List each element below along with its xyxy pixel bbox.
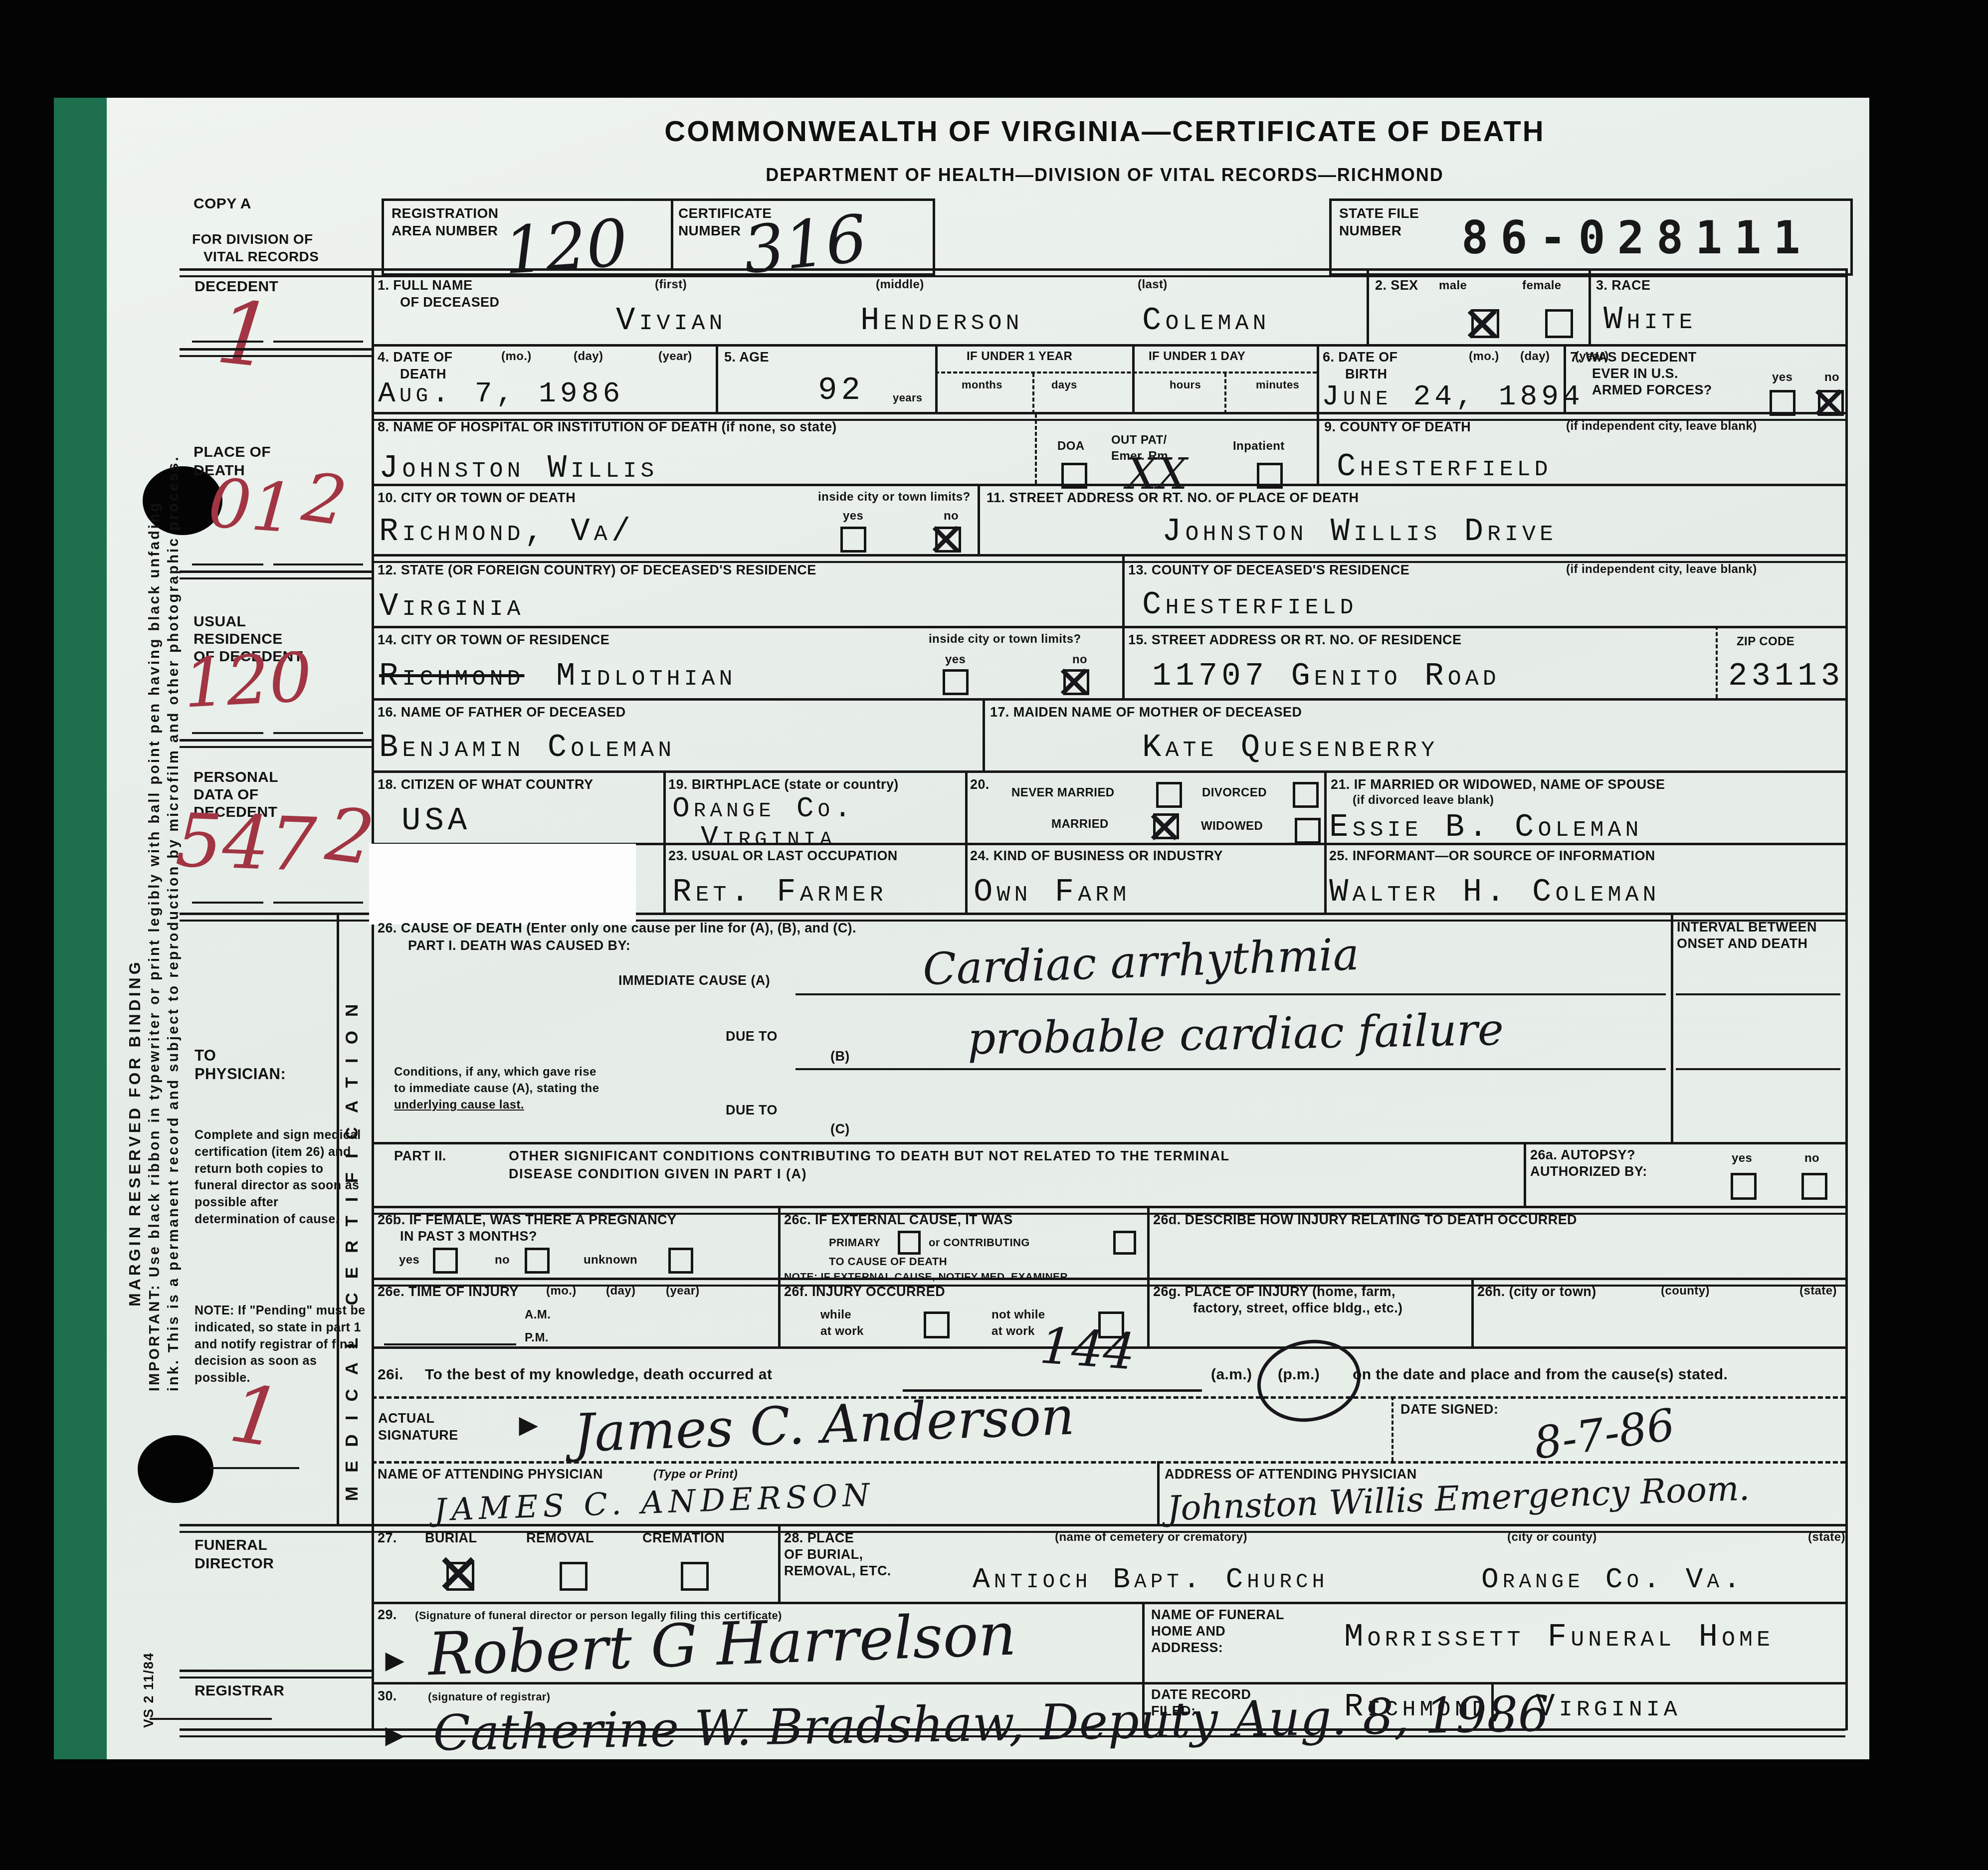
limits-residence-yes-checkbox (943, 669, 969, 695)
field14-limits-label: inside city or town limits? (929, 632, 1081, 647)
page-title: COMMONWEALTH OF VIRGINIA—CERTIFICATE OF … (603, 115, 1606, 148)
injury-day-hint: (day) (606, 1284, 635, 1299)
sidebar-rule (192, 341, 263, 343)
field24-label: 24. KIND OF BUSINESS OR INDUSTRY (970, 848, 1223, 865)
limits-death-no-x-mark: ✕ (927, 518, 965, 563)
spouse-value: Essie B. Coleman (1329, 812, 1642, 844)
decedent-middle-name: Henderson (860, 305, 1023, 337)
field6-label-1: 6. DATE OF (1323, 349, 1398, 366)
married-label: MARRIED (1051, 817, 1109, 832)
sidebar-divider (180, 570, 372, 579)
sidebar-rule (192, 732, 263, 734)
sidebar-rule (150, 1718, 272, 1720)
field7-label-3: ARMED FORCES? (1592, 382, 1712, 399)
street-of-death-value: Johnston Willis Drive (1162, 516, 1557, 548)
cemetery-hint: (name of cemetery or crematory) (1055, 1530, 1247, 1545)
field14-label: 14. CITY OR TOWN OF RESIDENCE (378, 632, 609, 649)
field8-doa-label: DOA (1057, 439, 1085, 454)
field8-label: 8. NAME OF HOSPITAL OR INSTITUTION OF DE… (378, 419, 837, 436)
business-value: Own Farm (974, 877, 1130, 909)
date-signed-label: DATE SIGNED: (1400, 1401, 1498, 1418)
field5-under1year-label: IF UNDER 1 YEAR (967, 349, 1072, 364)
hospital-value: Johnston Willis (379, 453, 658, 485)
external-cause-note: NOTE: IF EXTERNAL CAUSE, NOTIFY MED. EXA… (784, 1271, 1068, 1284)
while-at-work-label-2: at work (820, 1324, 864, 1339)
funeral-home-name-value: Morrissett Funeral Home (1344, 1622, 1774, 1654)
part2-text-1: OTHER SIGNIFICANT CONDITIONS CONTRIBUTIN… (509, 1148, 1229, 1165)
grid-line (1122, 554, 1125, 698)
grid-line (1589, 268, 1591, 344)
limits-residence-no-x-mark: ✕ (1055, 660, 1093, 706)
field10-limits-label: inside city or town limits? (818, 490, 971, 505)
field19-label: 19. BIRTHPLACE (state or country) (668, 776, 899, 793)
grid-line (372, 626, 1845, 628)
field25-label: 25. INFORMANT—OR SOURCE OF INFORMATION (1329, 848, 1655, 865)
conditions-note-1: Conditions, if any, which gave rise (394, 1065, 596, 1080)
field11-label: 11. STREET ADDRESS OR RT. NO. OF PLACE O… (987, 490, 1359, 507)
funeral-home-label-1: NAME OF FUNERAL (1151, 1607, 1284, 1624)
registration-area-label-1: REGISTRATION (392, 204, 498, 222)
pregnancy-yes-checkbox (433, 1248, 458, 1274)
punch-hole-icon (138, 1435, 213, 1503)
sidebar-funeral-label-2: DIRECTOR (195, 1554, 274, 1573)
arrow-icon: ► (379, 1716, 410, 1753)
grid-line (1317, 344, 1319, 484)
field7-label-2: EVER IN U.S. (1592, 366, 1678, 382)
field1-middle-hint: (middle) (876, 277, 924, 292)
field26i-text-2: on the date and place and from the cause… (1353, 1365, 1728, 1384)
grid-line (778, 1206, 781, 1346)
city-residence-value: Midlothian (556, 661, 736, 693)
sidebar-personal-label-1: PERSONAL (194, 768, 278, 787)
sidebar-to-physician-label-2: PHYSICIAN: (195, 1065, 286, 1084)
burial-county-value: Orange Co. Va. (1481, 1566, 1745, 1595)
field28-label-1: 28. PLACE (784, 1530, 854, 1547)
field7-yes-label: yes (1772, 370, 1792, 385)
city-residence-struck-value: Richmond (379, 661, 524, 693)
burial-x-mark: ✕ (435, 1547, 482, 1603)
never-married-label: NEVER MARRIED (1011, 785, 1115, 800)
field13-hint: (if independent city, leave blank) (1566, 562, 1757, 577)
actual-signature-label-2: SIGNATURE (378, 1427, 458, 1444)
margin-binding-note: MARGIN RESERVED FOR BINDING (125, 959, 145, 1307)
grid-line (983, 698, 985, 770)
sidebar-rule (273, 563, 363, 565)
death-time-value: 144 (1038, 1320, 1137, 1377)
for-division-label-1: FOR DIVISION OF (192, 230, 313, 248)
grid-line (1224, 373, 1226, 414)
birthplace-value-1: Orange Co. (672, 795, 855, 824)
registration-divider (671, 198, 673, 271)
field16-label: 16. NAME OF FATHER OF DECEASED (378, 704, 626, 721)
binding-strip (54, 98, 107, 1759)
field21-label-1: 21. IF MARRIED OR WIDOWED, NAME OF SPOUS… (1331, 776, 1665, 793)
field30-number: 30. (378, 1688, 397, 1705)
sidebar-divider (180, 348, 372, 357)
field10-yes-label: yes (843, 509, 863, 524)
field7-label-1: 7. WAS DECEDENT (1570, 349, 1697, 366)
armed-forces-yes-checkbox (1770, 390, 1795, 416)
field23-label: 23. USUAL OR LAST OCCUPATION (668, 848, 898, 865)
due-to-b-label: DUE TO (726, 1028, 778, 1045)
conditions-note-2: to immediate cause (A), stating the (394, 1081, 599, 1096)
field2-label: 2. SEX (1375, 277, 1418, 294)
field13-label: 13. COUNTY OF DECEASED'S RESIDENCE (1128, 562, 1409, 579)
grid-line (965, 770, 968, 915)
field1-last-hint: (last) (1138, 277, 1168, 292)
field6-mo-hint: (mo.) (1469, 349, 1499, 364)
b-label: (B) (830, 1048, 850, 1065)
field5-months-label: months (962, 378, 1002, 392)
grid-line (372, 344, 1845, 347)
state-file-label-2: NUMBER (1339, 222, 1401, 239)
certificate-number-label-2: NUMBER (678, 222, 741, 239)
field29-number: 29. (378, 1607, 397, 1624)
autopsy-yes-label: yes (1732, 1151, 1752, 1166)
not-while-at-work-label-2: at work (992, 1324, 1035, 1339)
field5-minutes-label: minutes (1256, 378, 1299, 392)
field4-label-1: 4. DATE OF (378, 349, 453, 366)
c-label: (C) (830, 1121, 850, 1138)
field5-under1day-label: IF UNDER 1 DAY (1149, 349, 1245, 364)
red-code-place-2: 2 (299, 469, 350, 532)
pm-label: P.M. (525, 1330, 549, 1345)
divorced-checkbox (1293, 782, 1319, 808)
immediate-cause-label: IMMEDIATE CAUSE (A) (618, 972, 770, 989)
date-of-birth-value: June 24, 1894 (1322, 383, 1584, 412)
margin-important-note-1: IMPORTANT: Use black ribbon in typewrite… (146, 501, 164, 1391)
actual-signature-label-1: ACTUAL (378, 1410, 434, 1427)
field6-label-2: BIRTH (1345, 366, 1388, 383)
limits-death-yes-checkbox (840, 527, 866, 553)
occupation-value: Ret. Farmer (672, 877, 887, 909)
grid-line (1471, 1278, 1474, 1346)
grid-line (1132, 344, 1135, 414)
arrow-icon: ► (513, 1406, 544, 1443)
field5-label: 5. AGE (724, 349, 769, 366)
field5-hours-label: hours (1170, 378, 1201, 392)
sidebar-rule (273, 902, 363, 904)
margin-important-note-2: ink. This is a permanent record and subj… (165, 455, 183, 1391)
grid-line (1324, 770, 1327, 915)
red-code-residence: 120 (182, 649, 313, 713)
sidebar-rule (192, 902, 263, 904)
inpatient-checkbox (1257, 463, 1283, 489)
male-x-mark: ✕ (1461, 300, 1503, 350)
grid-line (1157, 1461, 1160, 1524)
sidebar-rule (273, 732, 363, 734)
field28-label-3: REMOVAL, ETC. (784, 1563, 891, 1580)
field4-year-hint: (year) (658, 349, 692, 364)
attending-physician-address-label: ADDRESS OF ATTENDING PHYSICIAN (1165, 1466, 1417, 1483)
field21-label-2: (if divorced leave blank) (1353, 793, 1494, 808)
divorced-label: DIVORCED (1202, 785, 1267, 800)
race-value: White (1603, 304, 1696, 336)
street-residence-value: 11707 Genito Road (1152, 661, 1500, 693)
county-residence-value: Chesterfield (1142, 589, 1357, 621)
interval-a-line (1676, 993, 1840, 995)
field27-number: 27. (378, 1530, 397, 1547)
grid-line (716, 344, 718, 414)
autopsy-no-label: no (1804, 1151, 1819, 1166)
removal-label: REMOVAL (526, 1530, 594, 1547)
grid-line (180, 268, 1845, 277)
field26h-state-hint: (state) (1799, 1284, 1837, 1299)
while-at-work-label-1: while (820, 1308, 851, 1322)
conditions-note-3: underlying cause last. (394, 1098, 524, 1113)
grid-line (1716, 626, 1718, 698)
zip-value: 23113 (1728, 661, 1844, 693)
field1-label-2: OF DECEASED (400, 294, 499, 311)
grid-line (663, 770, 666, 915)
cremation-label: CREMATION (642, 1530, 725, 1547)
sidebar-registrar-label: REGISTRAR (195, 1682, 284, 1700)
attending-physician-name-label: NAME OF ATTENDING PHYSICIAN (378, 1466, 603, 1483)
grid-line (372, 698, 1845, 701)
field5-years-label: years (893, 391, 923, 405)
father-name-value: Benjamin Coleman (379, 732, 675, 764)
primary-label: PRIMARY (829, 1236, 880, 1250)
for-division-label-2: VITAL RECORDS (203, 248, 319, 265)
informant-value: Walter H. Coleman (1329, 877, 1660, 909)
pregnancy-no-label: no (495, 1253, 510, 1268)
field26a-label-1: 26a. AUTOPSY? (1530, 1147, 1635, 1164)
field26h-county-hint: (county) (1661, 1284, 1710, 1299)
decedent-last-name: Coleman (1142, 305, 1270, 337)
married-x-mark: ✕ (1145, 805, 1184, 851)
autopsy-yes-checkbox (1731, 1173, 1757, 1200)
cause-b-line (795, 1068, 1666, 1070)
not-while-at-work-label-1: not while (992, 1308, 1045, 1322)
pregnancy-yes-label: yes (399, 1253, 419, 1268)
funeral-home-label-3: ADDRESS: (1151, 1640, 1223, 1657)
grid-line (1035, 414, 1037, 484)
grid-line (1367, 268, 1369, 344)
red-code-place-1: 01 (206, 475, 296, 538)
grid-line (372, 1142, 1845, 1144)
field26-part1-label: PART I. DEATH WAS CAUSED BY: (408, 937, 630, 954)
grid-line (935, 372, 1317, 374)
registration-area-label-2: AREA NUMBER (392, 222, 498, 239)
sidebar-rule (273, 341, 363, 343)
field18-label: 18. CITIZEN OF WHAT COUNTRY (378, 776, 593, 793)
armed-forces-no-x-mark: ✕ (1809, 381, 1848, 427)
funeral-home-label-2: HOME AND (1151, 1623, 1225, 1640)
field26h-label-1: 26h. (city or town) (1477, 1284, 1596, 1301)
injury-mo-hint: (mo.) (546, 1284, 577, 1299)
grid-line (978, 484, 980, 556)
state-residence-value: Virginia (379, 591, 524, 623)
sidebar-divider (180, 1670, 372, 1679)
field26c-label: 26c. IF EXTERNAL CAUSE, IT WAS (784, 1212, 1013, 1229)
field9-label: 9. COUNTY OF DEATH (1324, 419, 1471, 436)
autopsy-no-checkbox (1801, 1173, 1827, 1200)
field26f-label: 26f. INJURY OCCURRED (784, 1284, 945, 1301)
sidebar-to-physician-label-1: TO (195, 1046, 216, 1066)
redaction-box (369, 844, 636, 925)
sidebar-rule (192, 563, 263, 565)
grid-line (1032, 373, 1034, 414)
removal-checkbox (560, 1562, 588, 1591)
widowed-label: WIDOWED (1201, 819, 1263, 834)
field15-label: 15. STREET ADDRESS OR RT. NO. OF RESIDEN… (1128, 632, 1461, 649)
field8-outpat-label-1: OUT PAT/ (1111, 433, 1167, 448)
part2-label: PART II. (394, 1148, 446, 1165)
interval-b-line (1676, 1068, 1840, 1070)
grid-line (372, 1278, 1845, 1287)
field10-label: 10. CITY OR TOWN OF DEATH (378, 490, 576, 507)
date-record-filed-label-1: DATE RECORD (1151, 1686, 1251, 1703)
field1-first-hint: (first) (655, 277, 687, 292)
field28-label-2: OF BURIAL, (784, 1546, 863, 1563)
death-certificate-scan: MARGIN RESERVED FOR BINDING IMPORTANT: U… (0, 0, 1988, 1870)
grid-line (372, 770, 1845, 773)
state-file-label-1: STATE FILE (1339, 204, 1419, 222)
field4-day-hint: (day) (574, 349, 603, 364)
grid-line (372, 268, 374, 1730)
registrar-hint: (signature of registrar) (428, 1690, 551, 1704)
state-file-number-stamp: 86-028111 (1461, 212, 1812, 264)
field17-label: 17. MAIDEN NAME OF MOTHER OF DECEASED (990, 704, 1302, 721)
date-record-filed-label-2: FILED: (1151, 1703, 1195, 1720)
grid-line (1671, 913, 1673, 1142)
field26b-label-1: 26b. IF FEMALE, WAS THERE A PREGNANCY (378, 1212, 676, 1229)
field8-inpatient-label: Inpatient (1233, 439, 1285, 454)
field9-hint: (if independent city, leave blank) (1566, 419, 1757, 434)
field6-day-hint: (day) (1520, 349, 1550, 364)
grid-line (372, 1602, 1845, 1604)
injury-year-hint: (year) (666, 1284, 700, 1299)
grid-line (1392, 1396, 1393, 1461)
arrow-icon: ► (379, 1642, 410, 1679)
sidebar-place-of-death-label-1: PLACE OF (194, 443, 271, 462)
field26i-text-1: To the best of my knowledge, death occur… (425, 1365, 772, 1384)
part2-text-2: DISEASE CONDITION GIVEN IN PART I (A) (509, 1166, 807, 1183)
field26-header: 26. CAUSE OF DEATH (Enter only one cause… (378, 920, 856, 937)
form-code: VS 2 11/84 (141, 1652, 158, 1728)
grid-line (337, 913, 339, 1526)
cause-b-value: probable cardiac failure (967, 1008, 1504, 1061)
field26d-label: 26d. DESCRIBE HOW INJURY RELATING TO DEA… (1153, 1212, 1577, 1229)
red-code-decedent: 1 (213, 296, 276, 375)
to-cause-label: TO CAUSE OF DEATH (829, 1255, 947, 1269)
zip-label: ZIP CODE (1737, 634, 1794, 649)
widowed-checkbox (1295, 818, 1321, 844)
field4-mo-hint: (mo.) (501, 349, 532, 364)
field26a-label-2: AUTHORIZED BY: (1530, 1163, 1647, 1180)
sidebar-funeral-label-1: FUNERAL (195, 1536, 267, 1555)
medical-certification-vertical-label: MEDICAL CERTIFICATION (341, 990, 363, 1501)
county-of-death-value: Chesterfield (1337, 451, 1552, 483)
grid-line (778, 1524, 781, 1602)
sidebar-residence-label-1: USUAL (194, 612, 246, 631)
grid-line (372, 1396, 1845, 1399)
date-of-death-value: Aug. 7, 1986 (378, 380, 624, 409)
pregnancy-no-checkbox (525, 1248, 550, 1274)
mother-name-value: Kate Quesenberry (1142, 732, 1438, 764)
sidebar-rule (209, 1467, 299, 1469)
field26g-label-2: factory, street, office bldg., etc.) (1193, 1300, 1402, 1317)
field1-label-1: 1. FULL NAME (378, 277, 472, 294)
field14-yes-label: yes (945, 652, 966, 667)
sidebar-divider (180, 739, 372, 748)
field20-label: 20. (970, 776, 990, 793)
am-label: A.M. (525, 1308, 551, 1322)
interval-label-1: INTERVAL BETWEEN (1677, 919, 1817, 936)
while-at-work-checkbox (924, 1311, 950, 1338)
am-paren-label: (a.m.) (1211, 1365, 1252, 1384)
grid-line (1845, 268, 1848, 1730)
page-subtitle: DEPARTMENT OF HEALTH—DIVISION OF VITAL R… (603, 165, 1606, 186)
pregnancy-unknown-checkbox (668, 1248, 693, 1274)
grid-line (935, 344, 938, 414)
red-tally-mark: 1 (226, 1379, 286, 1454)
field5-days-label: days (1051, 378, 1077, 392)
citizen-value: USA (401, 805, 471, 837)
decedent-first-name: Vivian (616, 305, 726, 337)
field26b-label-2: IN PAST 3 MONTHS? (400, 1228, 537, 1245)
injury-time-line (384, 1343, 516, 1345)
copy-label: COPY A (194, 194, 251, 213)
cremation-checkbox (681, 1562, 709, 1591)
due-to-c-label: DUE TO (726, 1102, 778, 1119)
contributing-label: or CONTRIBUTING (929, 1236, 1030, 1250)
contributing-checkbox (1113, 1231, 1136, 1255)
grid-line (1524, 1142, 1526, 1207)
city-county-hint: (city or county) (1507, 1530, 1597, 1545)
doa-checkbox (1061, 463, 1087, 489)
physician-note-1: Complete and sign medical certification … (195, 1127, 367, 1228)
field26i-number: 26i. (378, 1365, 403, 1384)
grid-line (1147, 1206, 1150, 1346)
field12-label: 12. STATE (OR FOREIGN COUNTRY) OF DECEAS… (378, 562, 816, 579)
state-hint: (state) (1808, 1530, 1845, 1545)
field2-male-label: male (1439, 278, 1467, 293)
interval-label-2: ONSET AND DEATH (1677, 935, 1808, 952)
primary-checkbox (898, 1231, 921, 1255)
red-code-personal-1: 547 (175, 809, 318, 877)
city-of-death-value: Richmond, Va/ (379, 516, 634, 548)
pregnancy-unknown-label: unknown (584, 1253, 637, 1268)
place-of-burial-value: Antioch Bapt. Church (973, 1566, 1328, 1595)
type-or-print-hint: (Type or Print) (653, 1467, 738, 1482)
field3-label: 3. RACE (1596, 277, 1650, 294)
field2-female-label: female (1522, 278, 1561, 293)
female-checkbox (1545, 309, 1573, 338)
age-value: 92 (818, 375, 864, 407)
field26e-label: 26e. TIME OF INJURY (378, 1284, 519, 1301)
field26g-label-1: 26g. PLACE OF INJURY (home, farm, (1153, 1284, 1395, 1301)
